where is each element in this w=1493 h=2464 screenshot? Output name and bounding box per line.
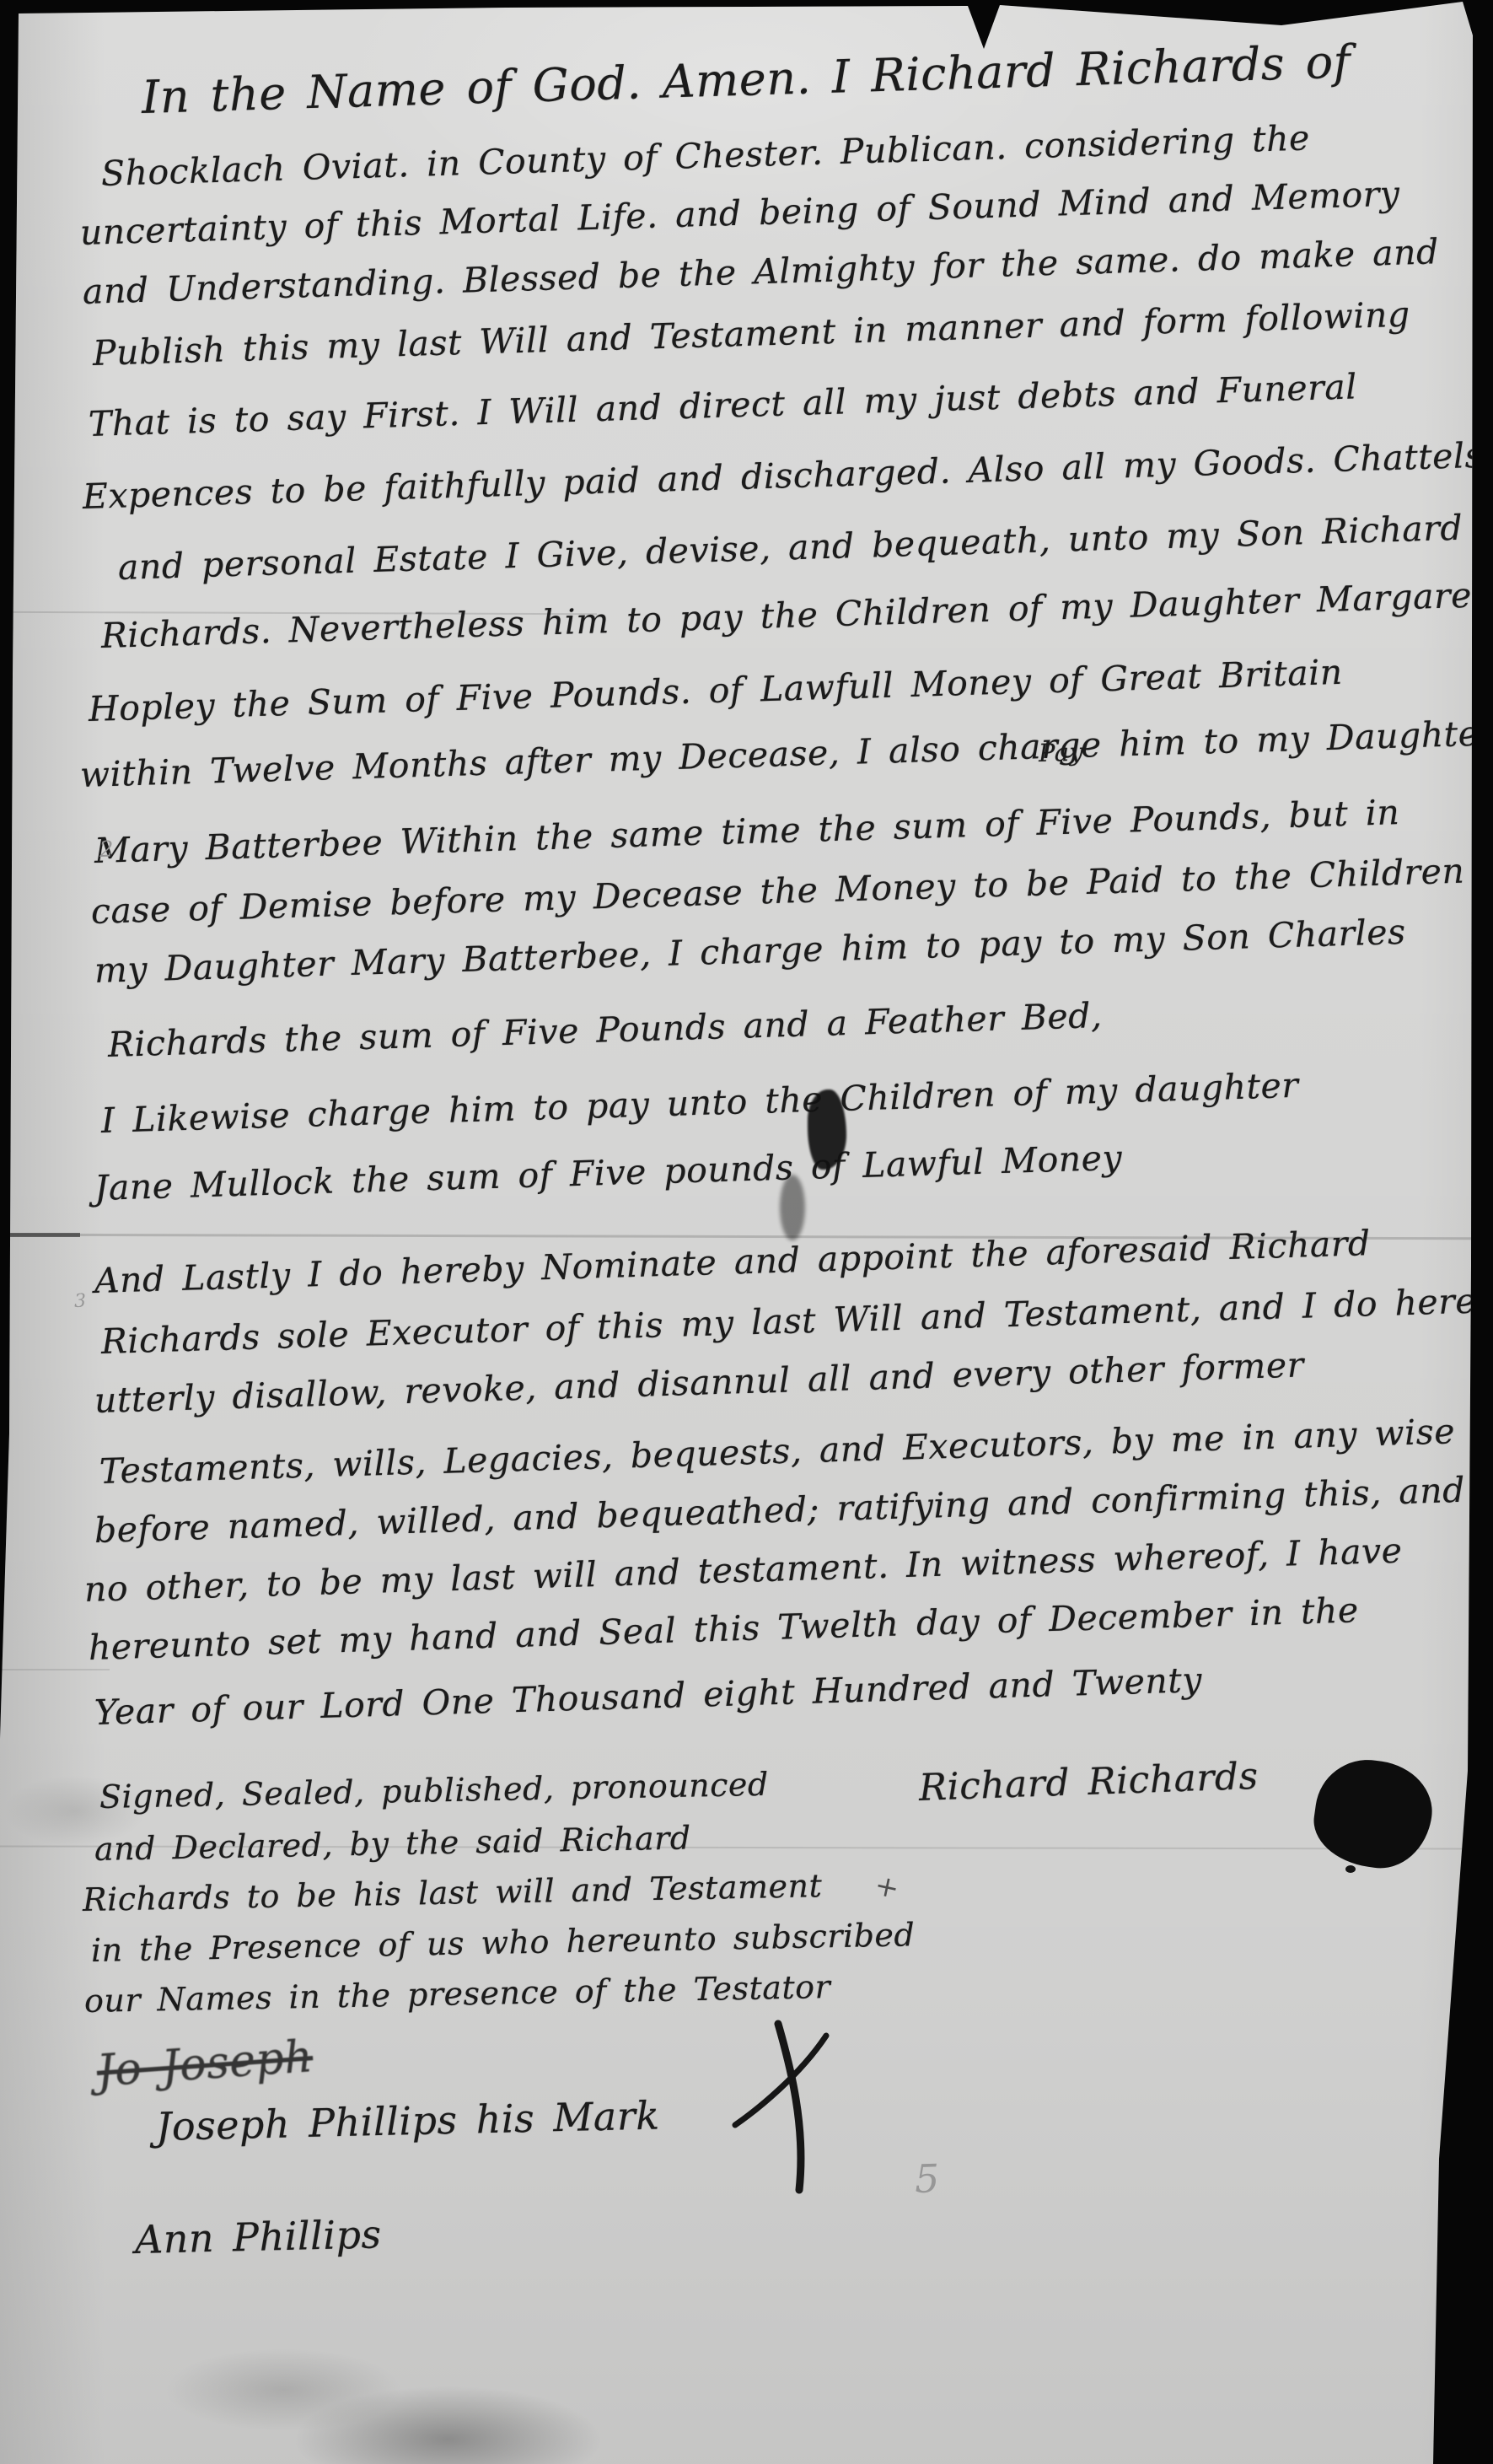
figure-5-mark: 5 <box>914 2158 940 2199</box>
will-line-15: Richards the sum of Five Pounds and a Fe… <box>107 998 1103 1063</box>
struck-signature-attempt: Jo Joseph <box>95 2034 314 2095</box>
fold-crease <box>0 1233 80 1237</box>
document-page: In the Name of God. Amen. I Richard Rich… <box>0 0 1493 2464</box>
witness-signature-joseph: Joseph Phillips his Mark <box>155 2095 660 2147</box>
scan-background: In the Name of God. Amen. I Richard Rich… <box>0 0 1493 2464</box>
pencil-mark-2: 2 <box>99 839 115 863</box>
wax-seal-drip <box>1345 1865 1356 1873</box>
will-line-11: within Twelve Months after my Decease, I… <box>79 715 1493 794</box>
will-line-7: Expences to be faithfully paid and disch… <box>82 438 1483 515</box>
will-line-8: and personal Estate I Give, devise, and … <box>117 510 1463 586</box>
attestation-line-4: in the Presence of us who hereunto subsc… <box>91 1918 916 1968</box>
witness-x-mark-icon <box>732 2017 875 2198</box>
will-line-25: Year of our Lord One Thousand eight Hund… <box>94 1662 1202 1731</box>
will-line-5: Publish this my last Will and Testament … <box>92 297 1410 372</box>
will-line-17: Jane Mullock the sum of Five pounds of L… <box>94 1140 1122 1207</box>
will-line-9: Richards. Nevertheless him to pay the Ch… <box>100 577 1486 654</box>
will-line-16: I Likewise charge him to pay unto the Ch… <box>100 1068 1299 1139</box>
will-line-20: utterly disallow, revoke, and disannul a… <box>94 1347 1304 1419</box>
attestation-line-1: Signed, Sealed, published, pronounced <box>99 1768 770 1815</box>
plus-mark: + <box>872 1870 902 1905</box>
witness-signature-ann: Ann Phillips <box>134 2214 382 2260</box>
attestation-line-3: Richards to be his last will and Testame… <box>83 1870 823 1918</box>
will-line-1: In the Name of God. Amen. I Richard Rich… <box>141 38 1351 121</box>
pencil-mark-3: 3 <box>74 1292 87 1312</box>
will-line-10: Hopley the Sum of Five Pounds. of Lawful… <box>88 654 1343 728</box>
testator-signature: Richard Richards <box>918 1757 1259 1808</box>
attestation-line-2: and Declared, by the said Richard <box>94 1821 691 1866</box>
wax-seal-icon <box>1308 1753 1438 1875</box>
attestation-line-5: our Names in the presence of the Testato… <box>84 1971 831 2019</box>
ink-blot <box>780 1175 805 1240</box>
will-line-6: That is to say First. I Will and direct … <box>88 369 1357 443</box>
ink-blot <box>808 1089 846 1170</box>
fold-crease <box>0 1669 110 1670</box>
